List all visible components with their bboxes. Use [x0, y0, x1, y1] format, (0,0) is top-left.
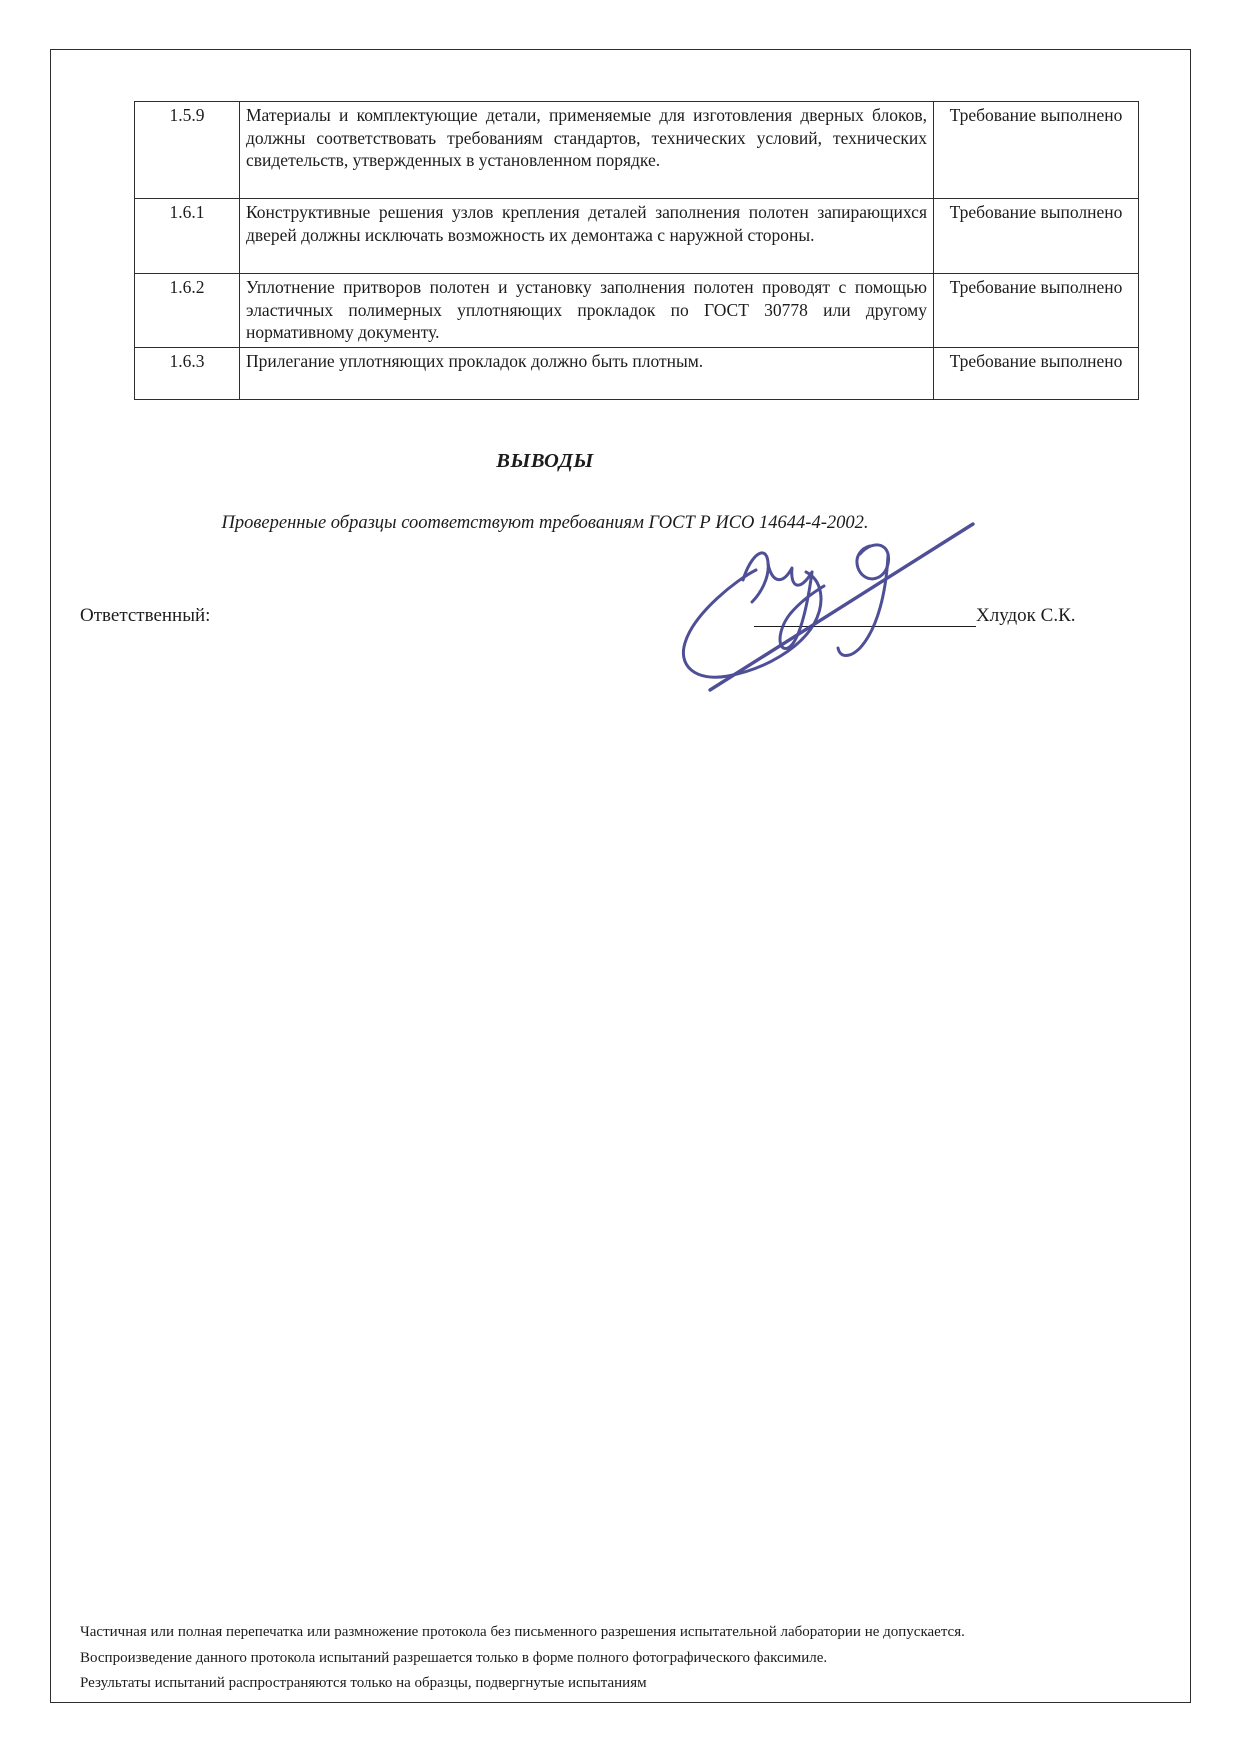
table-row: 1.6.2 Уплотнение притворов полотен и уст… [135, 274, 1139, 348]
conclusions-statement: Проверенные образцы соответствуют требов… [80, 513, 1010, 534]
status-cell: Требование выполнено [934, 347, 1139, 399]
requirement-text: Уплотнение притворов полотен и установку… [240, 274, 934, 348]
status-cell: Требование выполнено [934, 274, 1139, 348]
signature-row: Ответственный: Хлудок С.К. [80, 603, 1140, 637]
footer-line: Частичная или полная перепечатка или раз… [80, 1620, 1150, 1646]
signature-line [754, 605, 976, 627]
requirement-text: Конструктивные решения узлов крепления д… [240, 199, 934, 274]
clause-number: 1.5.9 [135, 102, 240, 199]
signature-block: Хлудок С.К. [754, 605, 1076, 627]
footer-disclaimer: Частичная или полная перепечатка или раз… [80, 1620, 1150, 1697]
clause-number: 1.6.1 [135, 199, 240, 274]
status-cell: Требование выполнено [934, 199, 1139, 274]
status-cell: Требование выполнено [934, 102, 1139, 199]
responsible-label: Ответственный: [80, 605, 210, 627]
clause-number: 1.6.2 [135, 274, 240, 348]
table-row: 1.6.3 Прилегание уплотняющих прокладок д… [135, 347, 1139, 399]
table-row: 1.6.1 Конструктивные решения узлов крепл… [135, 199, 1139, 274]
table-row: 1.5.9 Материалы и комплектующие детали, … [135, 102, 1139, 199]
footer-line: Результаты испытаний распространяются то… [80, 1671, 1150, 1697]
requirement-text: Материалы и комплектующие детали, примен… [240, 102, 934, 199]
requirement-text: Прилегание уплотняющих прокладок должно … [240, 347, 934, 399]
requirements-table: 1.5.9 Материалы и комплектующие детали, … [134, 101, 1139, 400]
conclusions-heading: ВЫВОДЫ [80, 450, 1010, 473]
signatory-name: Хлудок С.К. [976, 605, 1076, 627]
footer-line: Воспроизведение данного протокола испыта… [80, 1646, 1150, 1672]
clause-number: 1.6.3 [135, 347, 240, 399]
